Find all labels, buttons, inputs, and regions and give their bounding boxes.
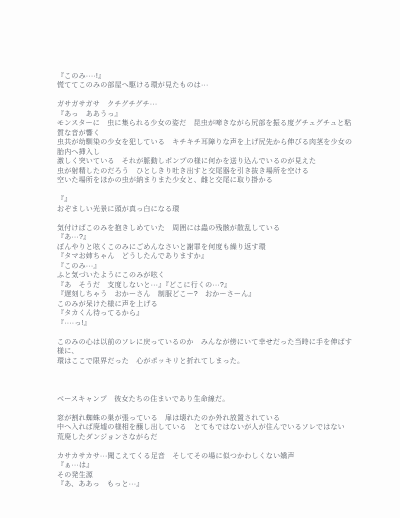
text-line: 環はここで限界だった 心がポッキリと折れてしまった。: [57, 357, 372, 367]
text-line: 荒廃したダンジョンさながらだ: [57, 433, 372, 443]
text-line: [57, 186, 372, 196]
text-line: 空いた場所をほかの虫が納まりまた少女と、雌と交尾に取り掛かる: [57, 176, 372, 186]
text-line: [57, 376, 372, 386]
text-line: 激しく突いている それが脈動しポンプの様に何かを送り込んでいるのが見えた: [57, 157, 372, 167]
text-line: ぼんやりと呟くこのみにごめんなさいと謝罪を何度も繰り返す環: [57, 243, 372, 253]
document-body: 『このみ····!』慌ててこのみの部屋へ駆ける環が見たものは··· ガサガサガサ…: [57, 43, 372, 490]
text-line: 『あ···?』: [57, 233, 372, 243]
text-line: 慌ててこのみの部屋へ駆ける環が見たものは···: [57, 81, 372, 91]
text-line: [57, 91, 372, 101]
text-line: 『あっ ああうっ』: [57, 110, 372, 120]
text-line: 窓が割れ蜘蛛の巣が張っている 扉は壊れたのか外れ放置されている: [57, 414, 372, 424]
text-line: その発生源: [57, 471, 372, 481]
text-line: [57, 385, 372, 395]
text-line: おぞましい光景に頭が真っ白になる環: [57, 205, 372, 215]
text-line: 虫が射精したのだろう ひとしきり吐き出すと交尾器を引き抜き場所を空ける: [57, 167, 372, 177]
text-line: このみが呆けた様に声を上げる: [57, 300, 372, 310]
text-line: 胎内へ挿入し: [57, 148, 372, 158]
text-line: 虫共が幼馴染の少女を犯している キチキチ耳障りな声を上げ尻先から伸びる肉茎を少女…: [57, 138, 372, 148]
text-line: 気付けばこのみを抱きしめていた 周囲には蟲の残骸が散乱している: [57, 224, 372, 234]
text-line: モンスターに 虫に集られる少女の姿だ 昆虫が啼きながら尻部を振る度グチュグチュと…: [57, 119, 372, 129]
text-line: 『』: [57, 195, 372, 205]
text-line: 『タマお姉ちゃん どうしたんでありますか』: [57, 252, 372, 262]
text-line: カサカサカサ···聞こえてくる足音 そしてその場に似つかわしくない嬌声: [57, 452, 372, 462]
text-line: ふと気づいたようにこのみが呟く: [57, 271, 372, 281]
text-line: 『ぁ···は』: [57, 461, 372, 471]
document-page: 『このみ····!』慌ててこのみの部屋へ駆ける環が見たものは··· ガサガサガサ…: [0, 0, 400, 518]
text-line: 質な音が響く: [57, 129, 372, 139]
text-line: 様に、: [57, 347, 372, 357]
text-line: 『遅刻しちゃう おかーさん 制服どこー? おかーさーん』: [57, 290, 372, 300]
text-line: このみの心は以前のソレに戻っているのか みんなが傍にいて幸せだった当時に手を伸ば…: [57, 338, 372, 348]
text-line: [57, 442, 372, 452]
text-line: 『このみ···』: [57, 262, 372, 272]
text-line: ベースキャンプ 彼女たちの住まいであり生命線だ。: [57, 395, 372, 405]
text-line: 中へ入れば廃墟の様相を醸し出している とてもではないが人が住んでいるソレではない: [57, 423, 372, 433]
text-line: 『タカくん待ってるから』: [57, 309, 372, 319]
text-line: 『あ、ああっ もっと···』: [57, 480, 372, 490]
text-line: 『····っ!』: [57, 319, 372, 329]
text-line: [57, 404, 372, 414]
text-line: [57, 328, 372, 338]
text-line: [57, 214, 372, 224]
text-line: ガサガサガサ クチグチグチ···: [57, 100, 372, 110]
text-line: 『このみ····!』: [57, 72, 372, 82]
text-line: 『あ そうだ 支度しないと···』『どこに行くの···?』: [57, 281, 372, 291]
text-line: [57, 366, 372, 376]
